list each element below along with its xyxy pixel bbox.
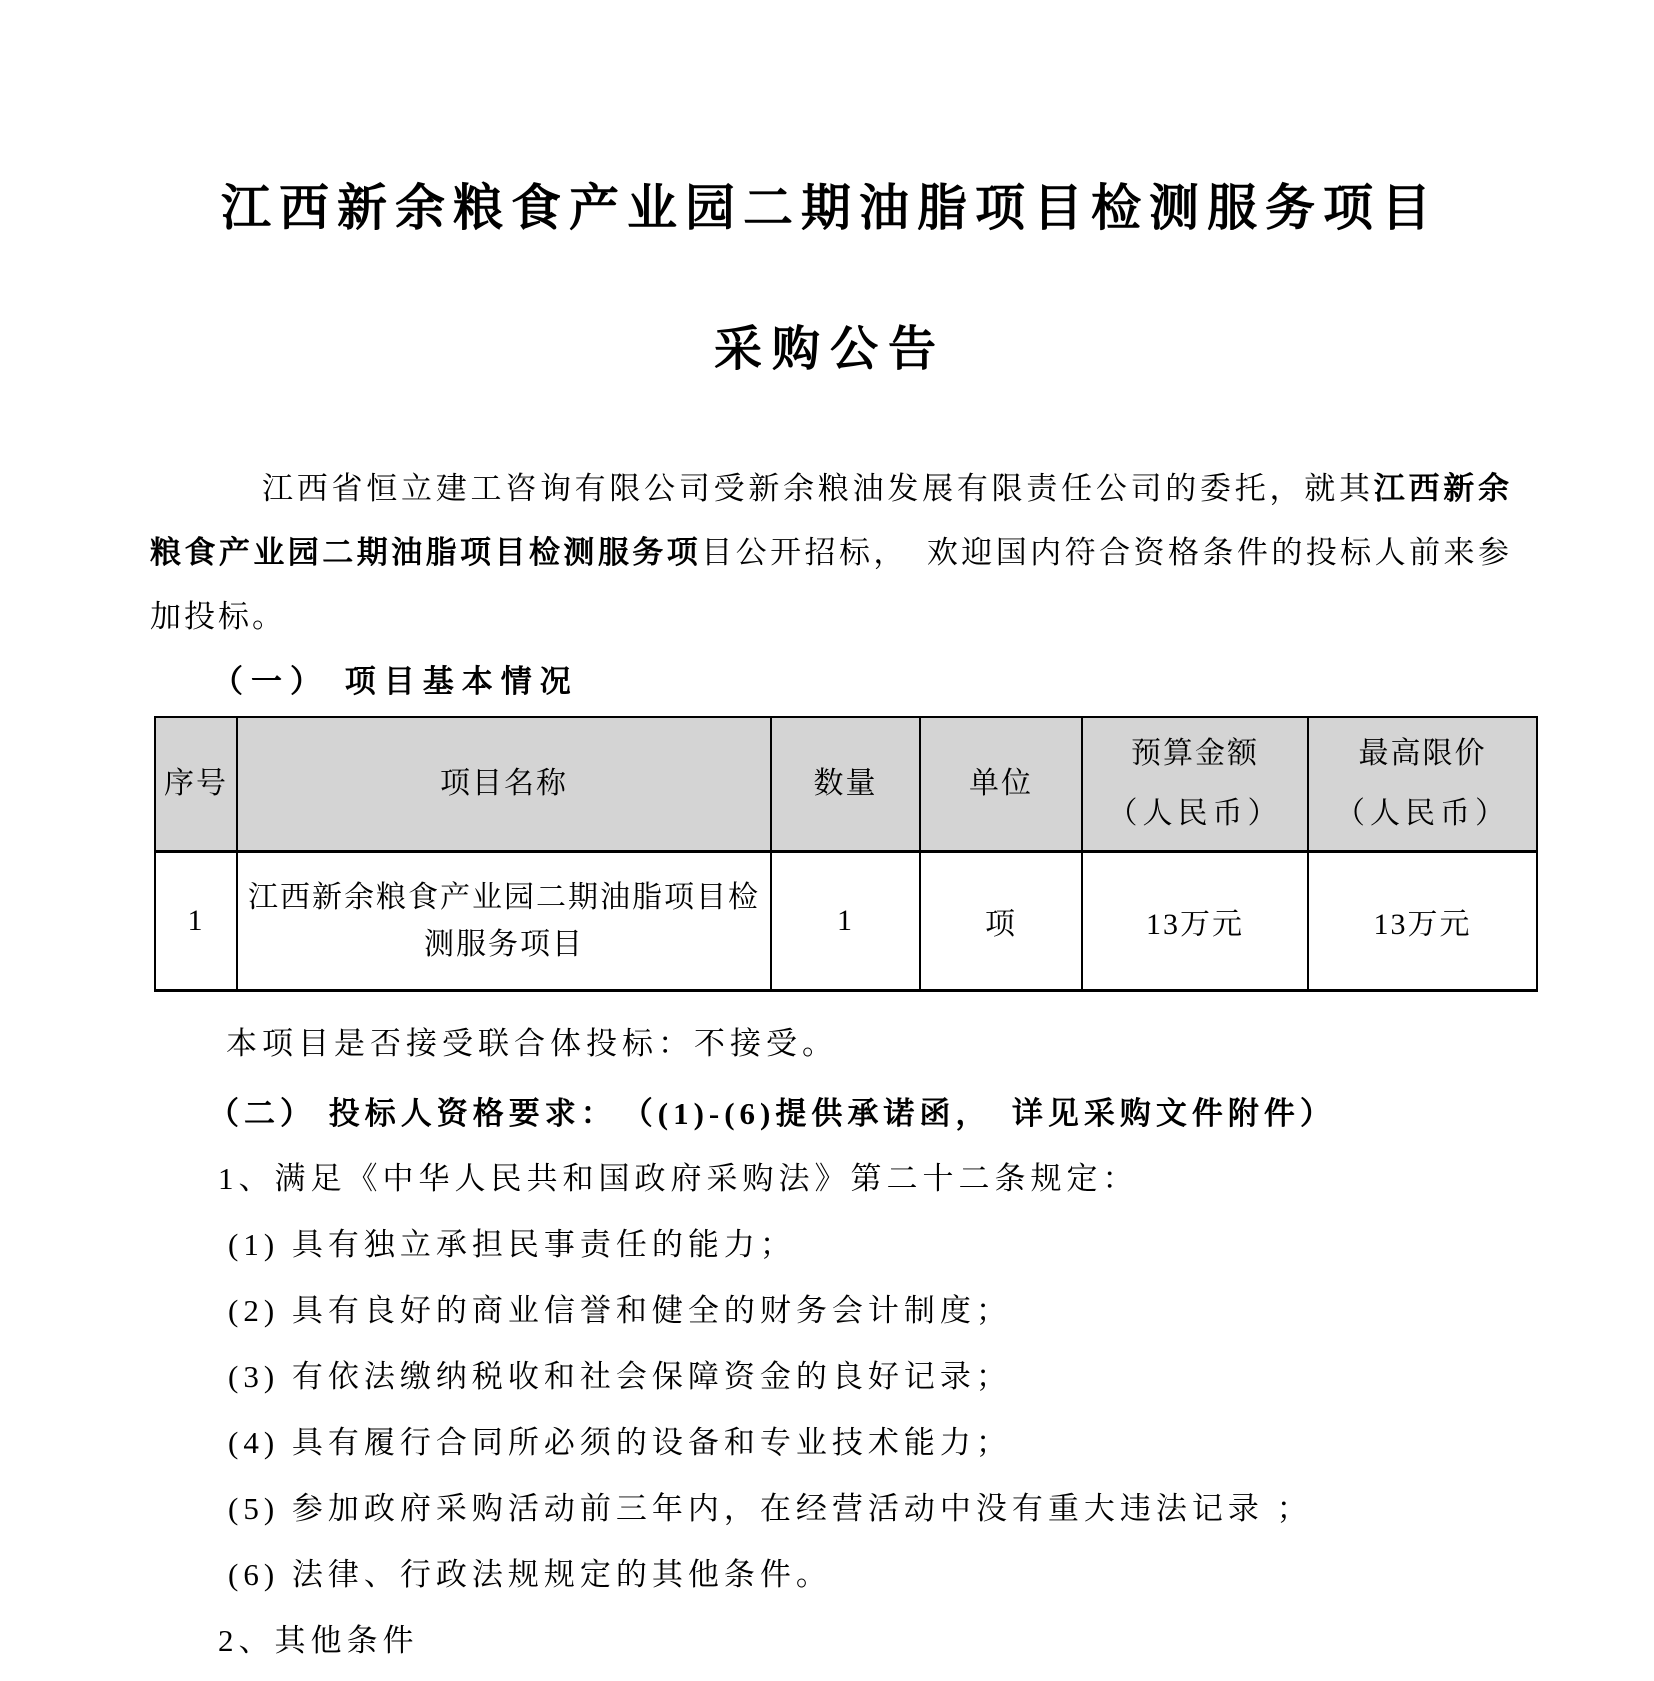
table-header-project-name: 项目名称: [237, 717, 771, 852]
table-header-budget-title: 预算金额: [1131, 737, 1259, 770]
requirement-item: (6) 法律、行政法规规定的其他条件。: [218, 1542, 1538, 1608]
table-header-row: 序号 项目名称 数量 单位 预算金额（人民币） 最高限价（人民币）: [155, 717, 1537, 852]
requirement-item: (2) 具有良好的商业信誉和健全的财务会计制度；: [218, 1278, 1538, 1344]
requirement-item: (4) 具有履行合同所必须的设备和专业技术能力；: [218, 1410, 1538, 1476]
table-header-index: 序号: [155, 717, 237, 852]
joint-bid-statement: 本项目是否接受联合体投标：不接受。: [226, 1018, 838, 1063]
intro-text-pre: 江西省恒立建工咨询有限公司受新余粮油发展有限责任公司的委托，就其: [262, 471, 1374, 506]
section-1-heading: （一） 项目基本情况: [212, 656, 579, 701]
cell-unit: 项: [920, 852, 1082, 991]
section-2-heading: （二） 投标人资格要求： （(1)-(6)提供承诺函， 详见采购文件附件）: [208, 1088, 1336, 1133]
requirement-item: (3) 有依法缴纳税收和社会保障资金的良好记录；: [218, 1344, 1538, 1410]
requirement-item: (1) 具有独立承担民事责任的能力；: [218, 1212, 1538, 1278]
table-header-quantity: 数量: [771, 717, 920, 852]
table-header-budget: 预算金额（人民币）: [1082, 717, 1308, 852]
table-header-max-price-currency: （人民币）: [1315, 784, 1530, 844]
requirement-item: (5) 参加政府采购活动前三年内，在经营活动中没有重大违法记录 ；: [218, 1476, 1538, 1542]
intro-paragraph: 江西省恒立建工咨询有限公司受新余粮油发展有限责任公司的委托，就其江西新余粮食产业…: [150, 457, 1512, 649]
cell-index: 1: [155, 852, 237, 991]
requirements-list: 1、满足《中华人民共和国政府采购法》第二十二条规定： (1) 具有独立承担民事责…: [218, 1146, 1538, 1674]
cell-budget: 13万元: [1082, 852, 1308, 991]
document-title-line2: 采购公告: [120, 310, 1540, 379]
table-header-max-price-title: 最高限价: [1359, 737, 1487, 770]
table-header-unit: 单位: [920, 717, 1082, 852]
requirement-item: 2、其他条件: [218, 1608, 1538, 1674]
project-info-table: 序号 项目名称 数量 单位 预算金额（人民币） 最高限价（人民币） 1 江西新余…: [154, 716, 1538, 992]
document-title-line1: 江西新余粮食产业园二期油脂项目检测服务项目: [120, 168, 1540, 240]
cell-project-name: 江西新余粮食产业园二期油脂项目检测服务项目: [237, 852, 771, 991]
table-header-budget-currency: （人民币）: [1089, 784, 1301, 844]
table-header-max-price: 最高限价（人民币）: [1308, 717, 1537, 852]
cell-quantity: 1: [771, 852, 920, 991]
table-row: 1 江西新余粮食产业园二期油脂项目检测服务项目 1 项 13万元 13万元: [155, 852, 1537, 991]
requirement-item: 1、满足《中华人民共和国政府采购法》第二十二条规定：: [218, 1146, 1538, 1212]
cell-max-price: 13万元: [1308, 852, 1537, 991]
